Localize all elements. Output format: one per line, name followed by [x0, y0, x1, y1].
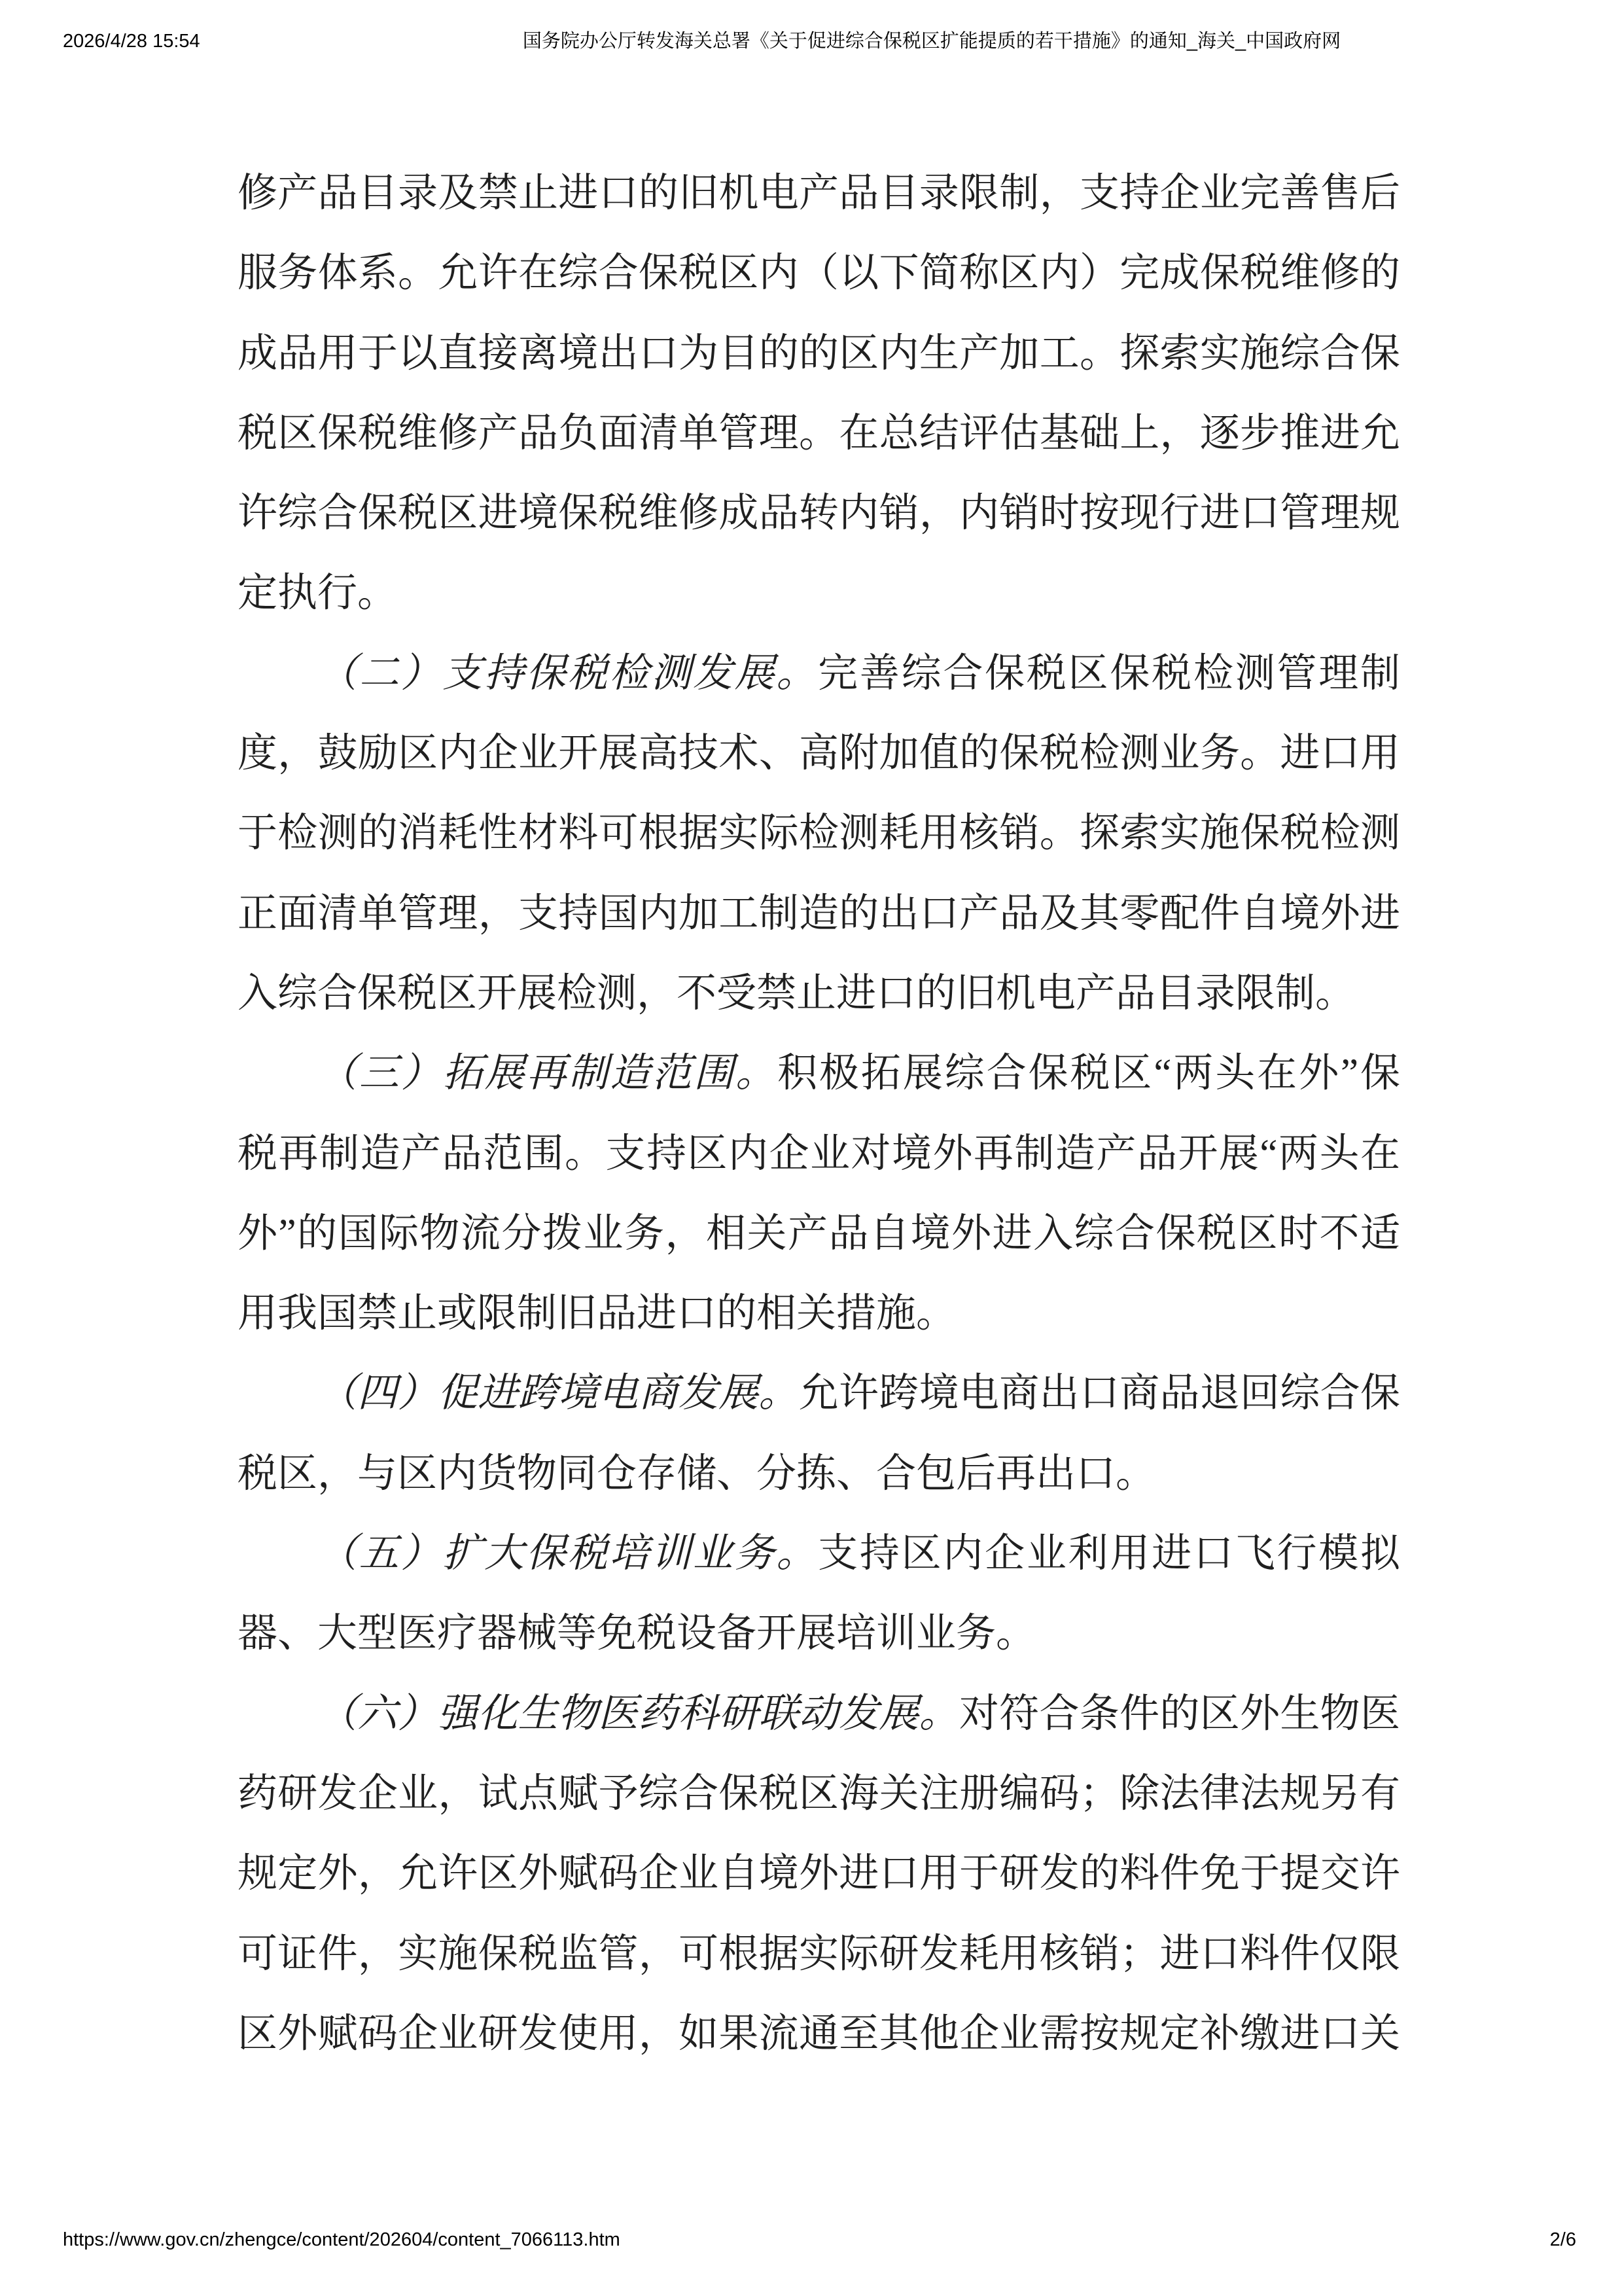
text-line: 定执行。	[238, 554, 1400, 633]
text-line: 于检测的消耗性材料可根据实际检测耗用核销。探索实施保税检测	[238, 794, 1400, 874]
text-line: 税再制造产品范围。支持区内企业对境外再制造产品开展“两头在	[238, 1114, 1400, 1194]
text-line: 税区保税维修产品负面清单管理。在总结评估基础上，逐步推进允	[238, 394, 1400, 474]
line-text: 度，鼓励区内企业开展高技术、高附加值的保税检测业务。进口用	[238, 732, 1400, 775]
line-text: 成品用于以直接离境出口为目的的区内生产加工。探索实施综合保	[238, 332, 1400, 376]
print-footer-url: https://www.gov.cn/zhengce/content/20260…	[63, 2229, 620, 2251]
text-line: 区外赋码企业研发使用，如果流通至其他企业需按规定补缴进口关	[238, 1994, 1400, 2074]
text-line: 外”的国际物流分拨业务，相关产品自境外进入综合保税区时不适	[238, 1194, 1400, 1274]
section-heading: （四）促进跨境电商发展。	[317, 1371, 799, 1415]
line-text: 对符合条件的区外生物医	[959, 1692, 1400, 1736]
text-line: 修产品目录及禁止进口的旧机电产品目录限制，支持企业完善售后	[238, 154, 1400, 234]
text-line: 规定外，允许区外赋码企业自境外进口用于研发的料件免于提交许	[238, 1834, 1400, 1914]
line-text: 药研发企业，试点赋予综合保税区海关注册编码；除法律法规另有	[238, 1772, 1400, 1816]
print-footer-page-indicator: 2/6	[1550, 2229, 1576, 2251]
line-text: 用我国禁止或限制旧品进口的相关措施。	[238, 1292, 956, 1335]
print-header-datetime: 2026/4/28 15:54	[63, 30, 200, 52]
text-line: 入综合保税区开展检测，不受禁止进口的旧机电产品目录限制。	[238, 954, 1400, 1034]
line-text: 正面清单管理，支持国内加工制造的出口产品及其零配件自境外进	[238, 892, 1400, 936]
text-line: （六）强化生物医药科研联动发展。对符合条件的区外生物医	[238, 1674, 1400, 1754]
line-text: 修产品目录及禁止进口的旧机电产品目录限制，支持企业完善售后	[238, 171, 1400, 215]
line-text: 定执行。	[238, 571, 397, 615]
line-text: 规定外，允许区外赋码企业自境外进口用于研发的料件免于提交许	[238, 1852, 1400, 1896]
line-text: 税区，与区内货物同仓存储、分拣、合包后再出口。	[238, 1452, 1155, 1496]
print-page: { "colors": { "page_background": "#fffff…	[0, 0, 1622, 2296]
text-line: 税区，与区内货物同仓存储、分拣、合包后再出口。	[238, 1434, 1400, 1514]
text-line: 可证件，实施保税监管，可根据实际研发耗用核销；进口料件仅限	[238, 1915, 1400, 1994]
text-line: 许综合保税区进境保税维修成品转内销，内销时按现行进口管理规	[238, 474, 1400, 554]
text-line: 器、大型医疗器械等免税设备开展培训业务。	[238, 1594, 1400, 1674]
text-line: （二）支持保税检测发展。完善综合保税区保税检测管理制	[238, 634, 1400, 714]
section-heading: （二）支持保税检测发展。	[317, 652, 818, 696]
line-text: 税再制造产品范围。支持区内企业对境外再制造产品开展“两头在	[238, 1132, 1400, 1176]
line-text: 器、大型医疗器械等免税设备开展培训业务。	[238, 1612, 1036, 1655]
line-text: 完善综合保税区保税检测管理制	[818, 652, 1400, 696]
text-line: （五）扩大保税培训业务。支持区内企业利用进口飞行模拟	[238, 1514, 1400, 1594]
line-text: 允许跨境电商出口商品退回综合保	[799, 1371, 1400, 1415]
text-line: 服务体系。允许在综合保税区内（以下简称区内）完成保税维修的	[238, 234, 1400, 313]
line-text: 外”的国际物流分拨业务，相关产品自境外进入综合保税区时不适	[238, 1212, 1400, 1256]
section-heading: （五）扩大保税培训业务。	[317, 1532, 818, 1576]
text-line: 药研发企业，试点赋予综合保税区海关注册编码；除法律法规另有	[238, 1754, 1400, 1834]
line-text: 积极拓展综合保税区“两头在外”保	[777, 1051, 1400, 1095]
document-body: 修产品目录及禁止进口的旧机电产品目录限制，支持企业完善售后服务体系。允许在综合保…	[238, 154, 1400, 2074]
line-text: 于检测的消耗性材料可根据实际检测耗用核销。探索实施保税检测	[238, 811, 1400, 855]
text-line: 正面清单管理，支持国内加工制造的出口产品及其零配件自境外进	[238, 874, 1400, 954]
section-heading: （三）拓展再制造范围。	[317, 1051, 777, 1095]
print-header-title: 国务院办公厅转发海关总署《关于促进综合保税区扩能提质的若干措施》的通知_海关_中…	[523, 30, 1341, 52]
text-line: 成品用于以直接离境出口为目的的区内生产加工。探索实施综合保	[238, 314, 1400, 394]
line-text: 许综合保税区进境保税维修成品转内销，内销时按现行进口管理规	[238, 491, 1400, 535]
text-line: （四）促进跨境电商发展。允许跨境电商出口商品退回综合保	[238, 1354, 1400, 1434]
line-text: 服务体系。允许在综合保税区内（以下简称区内）完成保税维修的	[238, 251, 1400, 295]
line-text: 区外赋码企业研发使用，如果流通至其他企业需按规定补缴进口关	[238, 2012, 1400, 2056]
line-text: 税区保税维修产品负面清单管理。在总结评估基础上，逐步推进允	[238, 412, 1400, 455]
line-text: 入综合保税区开展检测，不受禁止进口的旧机电产品目录限制。	[238, 972, 1355, 1016]
text-line: 用我国禁止或限制旧品进口的相关措施。	[238, 1274, 1400, 1354]
text-line: （三）拓展再制造范围。积极拓展综合保税区“两头在外”保	[238, 1034, 1400, 1114]
section-heading: （六）强化生物医药科研联动发展。	[317, 1692, 959, 1736]
line-text: 可证件，实施保税监管，可根据实际研发耗用核销；进口料件仅限	[238, 1932, 1400, 1976]
line-text: 支持区内企业利用进口飞行模拟	[818, 1532, 1400, 1576]
text-line: 度，鼓励区内企业开展高技术、高附加值的保税检测业务。进口用	[238, 714, 1400, 794]
